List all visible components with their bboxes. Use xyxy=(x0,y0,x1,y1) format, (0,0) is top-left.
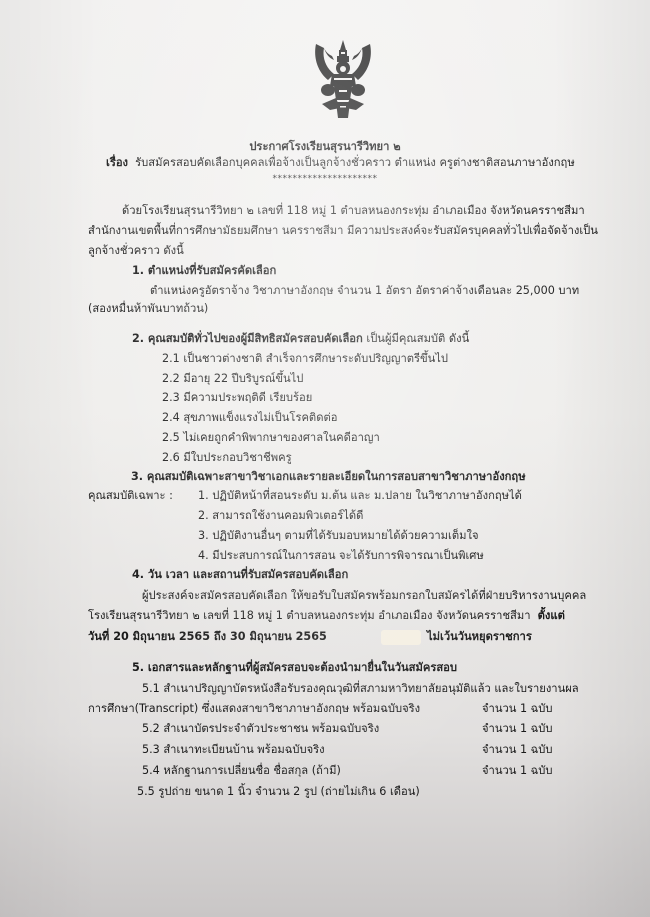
section-5-item: 5.3 สำเนาทะเบียนบ้าน พร้อมฉบับจริง xyxy=(142,743,325,757)
section-5-item: 5.4 หลักฐานการเปลี่ยนชื่อ ชื่อสกุล (ถ้าม… xyxy=(142,764,341,778)
section-5-item-1-qty: จำนวน 1 ฉบับ xyxy=(482,702,552,716)
section-4-heading: 4. วัน เวลา และสถานที่รับสมัครสอบคัดเลือ… xyxy=(132,568,348,582)
section-5-item-qty: จำนวน 1 ฉบับ xyxy=(482,743,552,757)
paper-shading xyxy=(0,0,650,917)
section-5-item-1-line-2: การศึกษา(Transcript) ซึ่งแสดงสาขาวิชาภาษ… xyxy=(88,702,420,716)
garuda-emblem-icon xyxy=(314,38,372,120)
section-4-address: โรงเรียนสุรนารีวิทยา ๒ เลขที่ 118 หมู่ 1… xyxy=(88,609,531,622)
section-2-heading-bold: 2. คุณสมบัติทั่วไปของผู้มีสิทธิสมัครสอบค… xyxy=(132,332,363,345)
section-5-heading: 5. เอกสารและหลักฐานที่ผู้สมัครสอบจะต้องน… xyxy=(132,661,457,675)
section-3-item: 4. มีประสบการณ์ในการสอน จะได้รับการพิจาร… xyxy=(198,549,484,563)
section-2-heading-rest: เป็นผู้มีคุณสมบัติ ดังนี้ xyxy=(363,332,469,345)
section-3-item: 2. สามารถใช้งานคอมพิวเตอร์ได้ดี xyxy=(198,509,363,523)
intro-line-3: ลูกจ้างชั่วคราว ดังนี้ xyxy=(88,244,184,258)
section-4-line-2: โรงเรียนสุรนารีวิทยา ๒ เลขที่ 118 หมู่ 1… xyxy=(88,609,565,623)
section-3-item: 3. ปฏิบัติงานอื่นๆ ตามที่ได้รับมอบหมายได… xyxy=(198,529,479,543)
section-3-label: คุณสมบัติเฉพาะ : xyxy=(88,489,173,503)
subject-label: เรื่อง xyxy=(106,156,128,169)
intro-line-2: สำนักงานเขตพื้นที่การศึกษามัธยมศึกษา นคร… xyxy=(88,224,598,238)
section-5-item-1-line-1: 5.1 สำเนาปริญญาบัตรหนังสือรับรองคุณวุฒิท… xyxy=(142,682,579,696)
section-2-item: 2.6 มีใบประกอบวิชาชีพครู xyxy=(162,451,292,465)
subject-line: เรื่อง รับสมัครสอบคัดเลือกบุคคลเพื่อจ้าง… xyxy=(106,156,575,170)
section-2-item: 2.2 มีอายุ 22 ปีบริบูรณ์ขึ้นไป xyxy=(162,372,303,386)
subject-text: รับสมัครสอบคัดเลือกบุคคลเพื่อจ้างเป็นลูก… xyxy=(135,156,575,169)
section-4-dates: วันที่ 20 มิถุนายน 2565 ถึง 30 มิถุนายน … xyxy=(88,630,327,644)
section-5-item-qty: จำนวน 1 ฉบับ xyxy=(482,722,552,736)
section-4-note: ไม่เว้นวันหยุดราชการ xyxy=(427,630,532,644)
section-1-heading: 1. ตำแหน่งที่รับสมัครคัดเลือก xyxy=(132,264,276,278)
section-2-item: 2.1 เป็นชาวต่างชาติ สำเร็จการศึกษาระดับป… xyxy=(162,352,448,366)
section-4-from: ตั้งแต่ xyxy=(538,609,565,622)
section-1-line-1: ตำแหน่งครูอัตราจ้าง วิชาภาษาอังกฤษ จำนวน… xyxy=(150,284,579,298)
section-5-item-qty: จำนวน 1 ฉบับ xyxy=(482,764,552,778)
section-5-item-5: 5.5 รูปถ่าย ขนาด 1 นิ้ว จำนวน 2 รูป (ถ่า… xyxy=(137,785,420,799)
intro-line-1: ด้วยโรงเรียนสุรนารีวิทยา ๒ เลขที่ 118 หม… xyxy=(122,204,585,218)
section-3-heading: 3. คุณสมบัติเฉพาะสาขาวิชาเอกและรายละเอีย… xyxy=(131,470,526,484)
section-5-item: 5.2 สำเนาบัตรประจำตัวประชาชน พร้อมฉบับจร… xyxy=(142,722,379,736)
announcement-page: ประกาศโรงเรียนสุรนารีวิทยา ๒ เรื่อง รับส… xyxy=(0,0,650,917)
announcement-title: ประกาศโรงเรียนสุรนารีวิทยา ๒ xyxy=(0,140,650,154)
redacted-patch xyxy=(381,630,421,645)
section-1-line-2: (สองหมื่นห้าพันบาทถ้วน) xyxy=(88,302,208,316)
separator: ********************* xyxy=(0,172,650,186)
section-2-item: 2.4 สุขภาพแข็งแรงไม่เป็นโรคติดต่อ xyxy=(162,411,337,425)
section-3-item: 1. ปฏิบัติหน้าที่สอนระดับ ม.ต้น และ ม.ปล… xyxy=(198,489,522,503)
section-2-item: 2.3 มีความประพฤติดี เรียบร้อย xyxy=(162,391,312,405)
section-2-item: 2.5 ไม่เคยถูกคำพิพากษาของศาลในคดีอาญา xyxy=(162,431,380,445)
section-2-heading: 2. คุณสมบัติทั่วไปของผู้มีสิทธิสมัครสอบค… xyxy=(132,332,469,346)
section-4-line-1: ผู้ประสงค์จะสมัครสอบคัดเลือก ให้ขอรับใบส… xyxy=(142,589,586,603)
